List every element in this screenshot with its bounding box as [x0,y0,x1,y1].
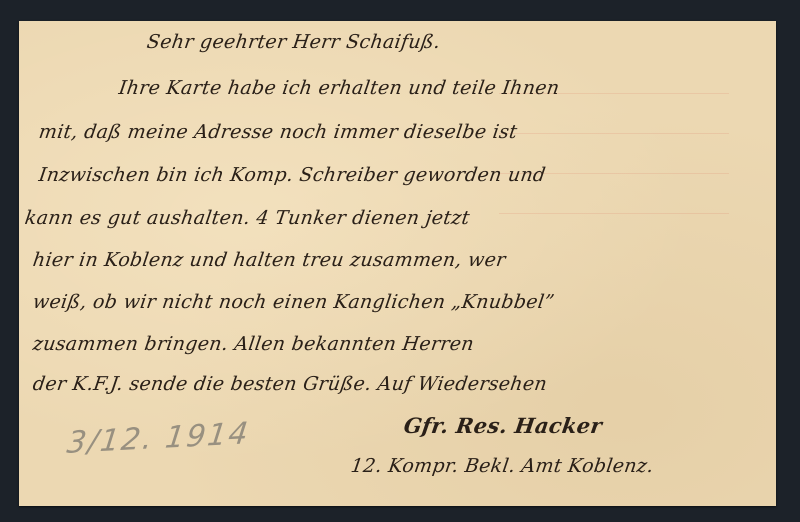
body-line-4: kann es gut aushalten. 4 Tunker dienen j… [23,207,471,229]
body-line-3: Inzwischen bin ich Komp. Schreiber gewor… [37,164,547,186]
greeting-line: Sehr geehrter Herr Schaifuß. [145,31,441,53]
faded-red-stamp-lines [499,81,729,221]
body-line-7: zusammen bringen. Allen bekannten Herren [31,333,475,355]
body-line-1: Ihre Karte habe ich erhalten und teile I… [117,77,561,99]
body-line-2: mit, daß meine Adresse noch immer diesel… [37,121,518,143]
postcard: Sehr geehrter Herr Schaifuß. Ihre Karte … [19,21,776,506]
pencil-date-annotation: 3/12. 1914 [65,416,252,461]
unit-address: 12. Kompr. Bekl. Amt Koblenz. [349,455,655,477]
body-line-5: hier in Koblenz und halten treu zusammen… [31,249,507,271]
body-line-8: der K.F.J. sende die besten Grüße. Auf W… [31,373,548,395]
body-line-6: weiß, ob wir nicht noch einen Kanglichen… [31,291,555,313]
signature: Gfr. Res. Hacker [402,413,604,438]
